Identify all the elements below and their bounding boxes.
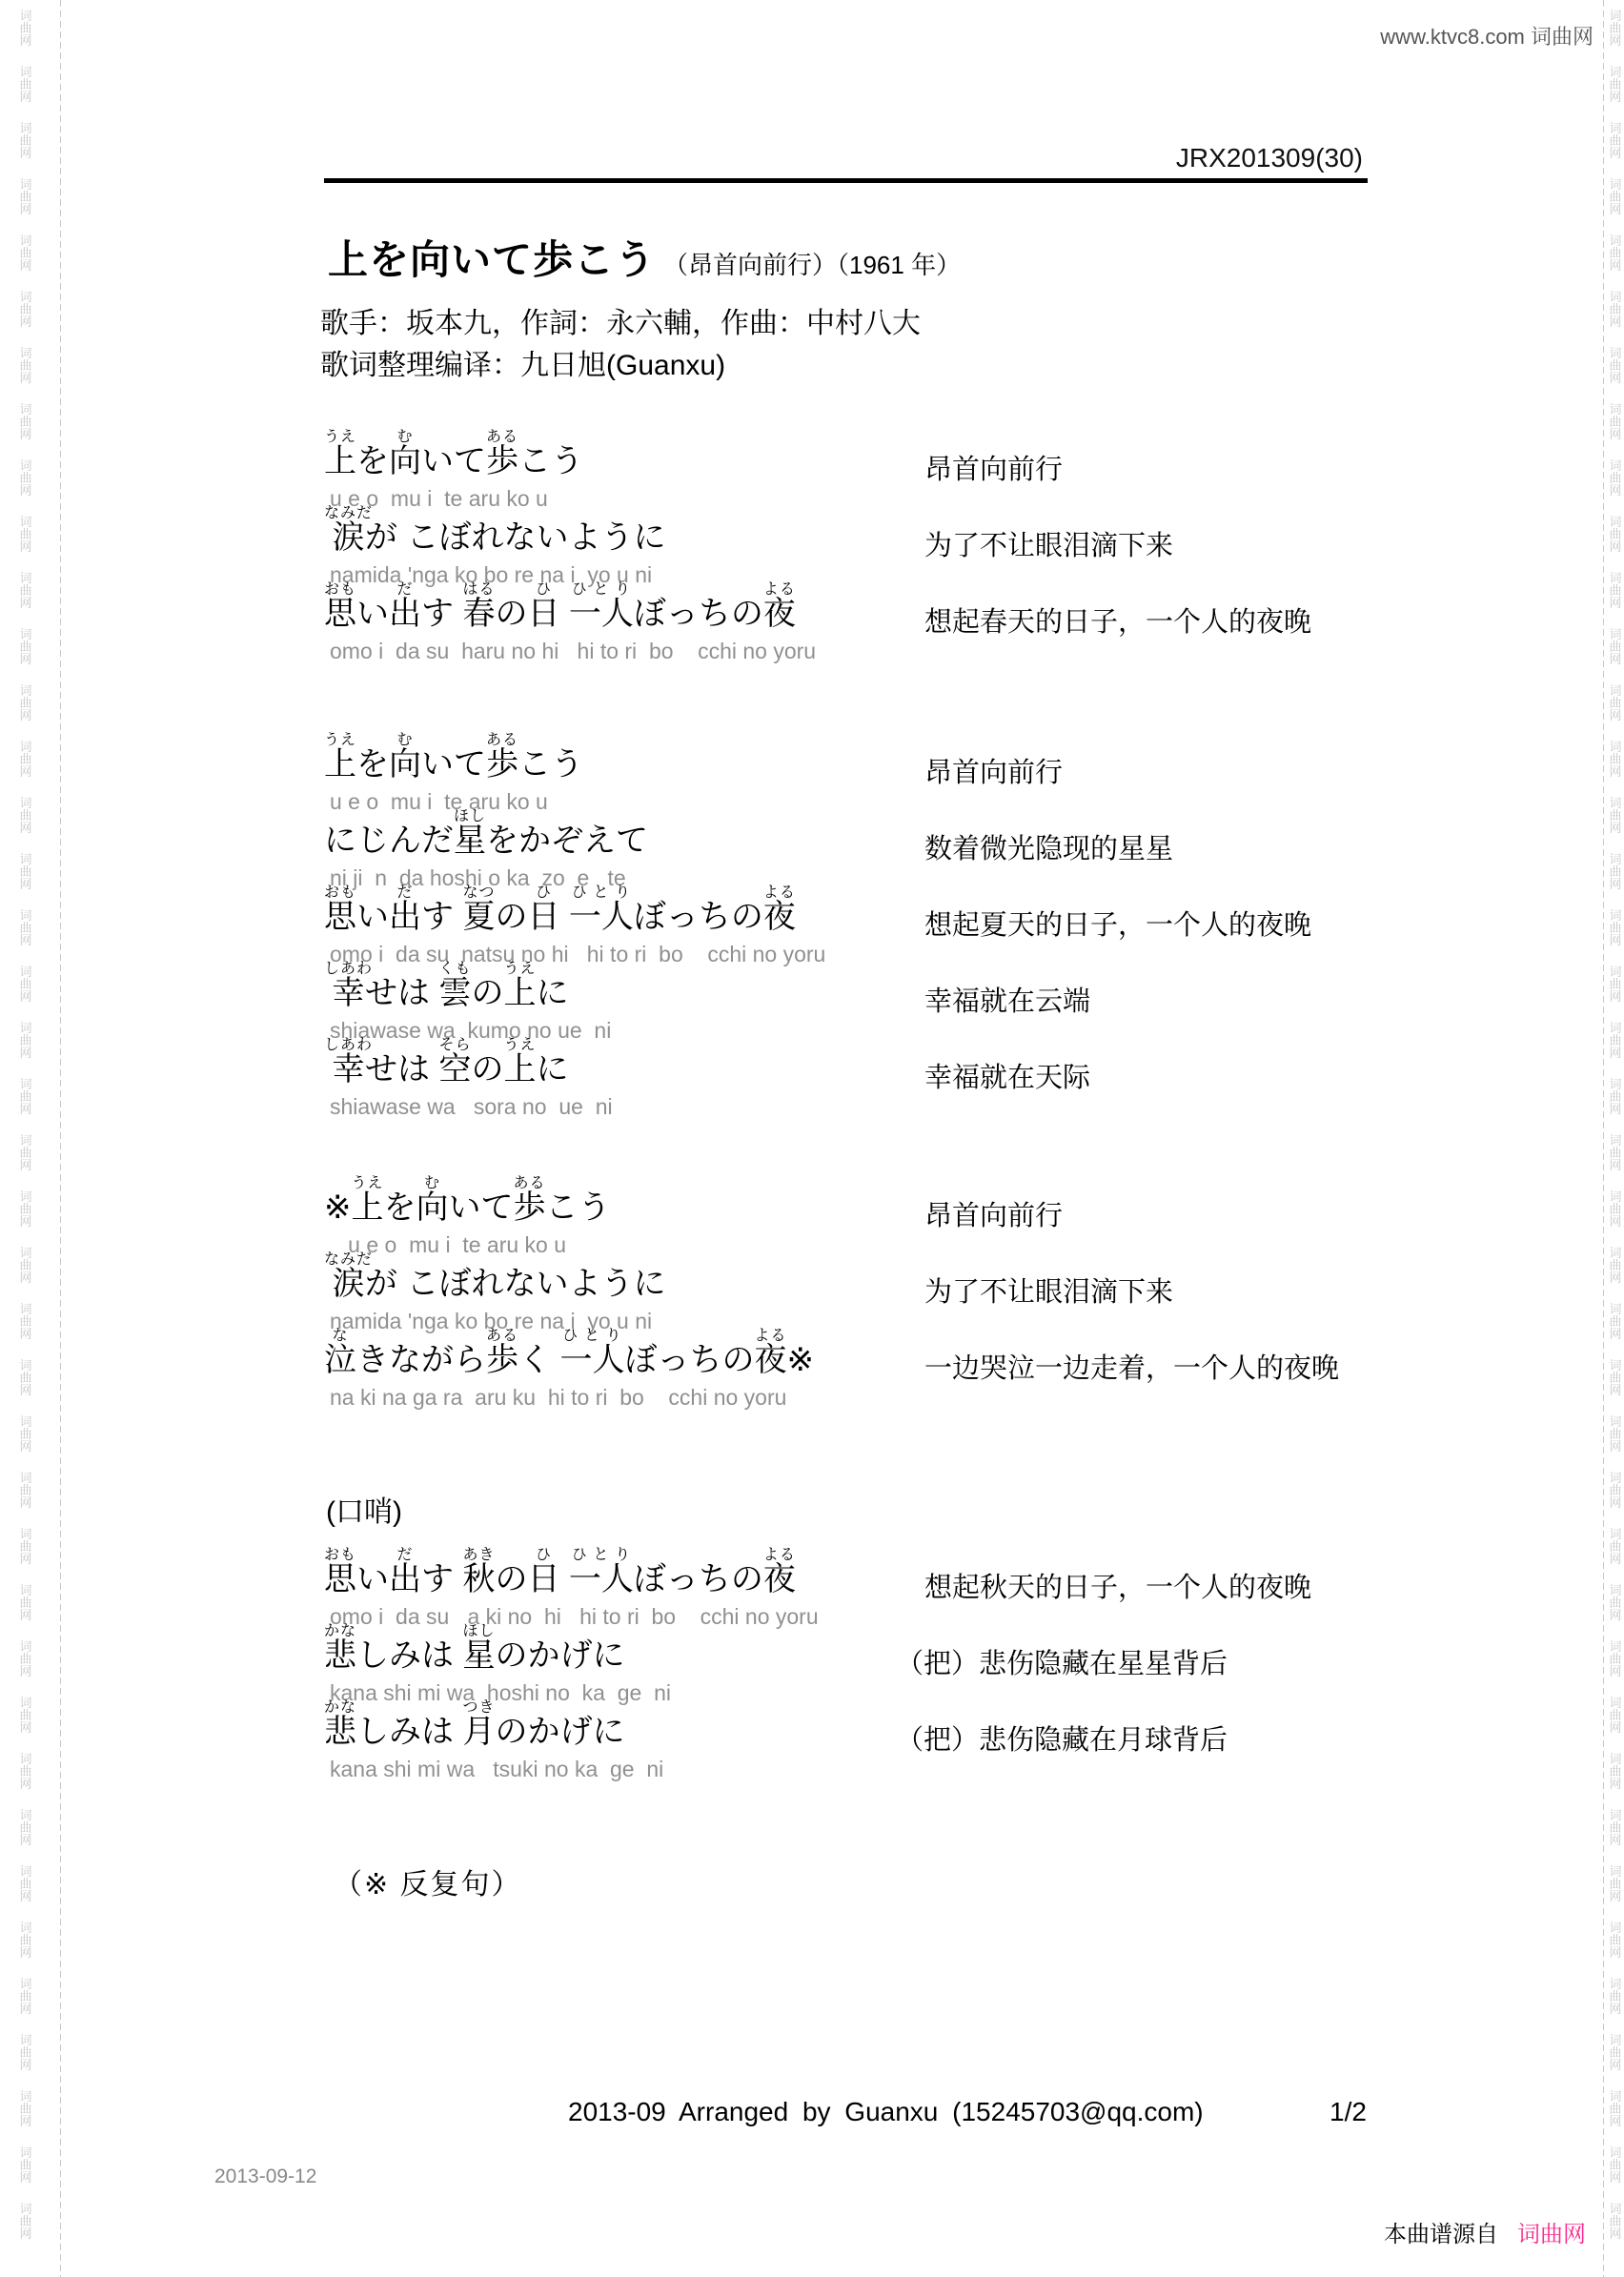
lyric-line: 上うえを向むいて歩あるこうu e o mu i te aru ko u昂首向前行 [324, 429, 1506, 505]
japanese-lyric: 思おもい出だす 秋あきの日ひ 一人ひとりぼっちの夜よる [324, 1547, 1506, 1604]
vertical-watermark-text: 词曲网 [1608, 572, 1623, 609]
refrain-note: （※ 反复句） [334, 1860, 521, 1902]
japanese-lyric: 上うえを向むいて歩あるこう [324, 429, 1506, 486]
vertical-watermark-text: 词曲网 [18, 459, 33, 497]
lyric-line: 思おもい出だす 春はるの日ひ 一人ひとりぼっちの夜よるomo i da su h… [324, 581, 1506, 658]
vertical-watermark-text: 词曲网 [18, 1978, 33, 2015]
lyric-line: 思おもい出だす 秋あきの日ひ 一人ひとりぼっちの夜よるomo i da su a… [324, 1547, 1506, 1623]
vertical-watermark-text: 词曲网 [1608, 1978, 1623, 2015]
vertical-watermark-text: 词曲网 [18, 2034, 33, 2071]
lyric-line: ※上うえを向むいて歩あるこう u e o mu i te aru ko u昂首向… [324, 1175, 1506, 1251]
vertical-watermark-text: 词曲网 [1608, 291, 1623, 328]
source-prefix: 本曲谱源自 [1384, 2222, 1498, 2247]
vertical-watermark-text: 词曲网 [1608, 516, 1623, 553]
vertical-watermark-text: 词曲网 [1608, 122, 1623, 159]
page-number: 1/2 [1330, 2097, 1367, 2127]
vertical-watermark-text: 词曲网 [18, 122, 33, 159]
vertical-watermark-text: 词曲网 [1608, 1134, 1623, 1171]
vertical-watermark-text: 词曲网 [1608, 66, 1623, 103]
vertical-watermark-text: 词曲网 [18, 1190, 33, 1228]
lyric-line: 悲かなしみは 星ほしのかげにkana shi mi wa hoshi no ka… [324, 1623, 1506, 1699]
vertical-watermark-text: 词曲网 [18, 2090, 33, 2127]
vertical-watermark-text: 词曲网 [18, 1303, 33, 1340]
lyric-line: 幸しあわせは 雲くもの上うえにshiawase wa kumo no ue ni… [324, 961, 1506, 1037]
whistle-label: (口哨) [326, 1488, 402, 1530]
japanese-lyric: 上うえを向むいて歩あるこう [324, 732, 1506, 789]
vertical-watermark-text: 词曲网 [1608, 1415, 1623, 1453]
romaji-line: kana shi mi wa tsuki no ka ge ni [324, 1758, 1506, 1780]
right-watermark-column: 词曲网词曲网词曲网词曲网词曲网词曲网词曲网词曲网词曲网词曲网词曲网词曲网词曲网词… [1608, 10, 1623, 2259]
vertical-watermark-text: 词曲网 [18, 853, 33, 890]
chinese-translation: 昂首向前行 [924, 448, 1063, 487]
japanese-lyric: 思おもい出だす 春はるの日ひ 一人ひとりぼっちの夜よる [324, 581, 1506, 639]
vertical-watermark-text: 词曲网 [18, 741, 33, 778]
vertical-watermark-text: 词曲网 [18, 66, 33, 103]
vertical-watermark-text: 词曲网 [1608, 1697, 1623, 1734]
vertical-watermark-text: 词曲网 [1608, 234, 1623, 272]
vertical-watermark-text: 词曲网 [1608, 684, 1623, 722]
lyric-line: 涙なみだが こぼれないようにnamida 'nga ko bo re na i … [324, 505, 1506, 581]
vertical-watermark-text: 词曲网 [1608, 1809, 1623, 1846]
vertical-watermark-text: 词曲网 [18, 234, 33, 272]
lyric-line: 泣なきながら歩あるく 一人ひとりぼっちの夜よる※na ki na ga ra a… [324, 1328, 1506, 1404]
source-attribution: 本曲谱源自词曲网 [1384, 2215, 1586, 2248]
vertical-watermark-text: 词曲网 [1608, 1022, 1623, 1059]
vertical-watermark-text: 词曲网 [1608, 1753, 1623, 1790]
vertical-watermark-text: 词曲网 [1608, 1921, 1623, 1959]
left-watermark-column: 词曲网词曲网词曲网词曲网词曲网词曲网词曲网词曲网词曲网词曲网词曲网词曲网词曲网词… [18, 10, 33, 2259]
verses-container: 上うえを向むいて歩あるこうu e o mu i te aru ko u昂首向前行… [324, 0, 1506, 2277]
vertical-watermark-text: 词曲网 [1608, 1472, 1623, 1509]
vertical-watermark-text: 词曲网 [18, 1247, 33, 1284]
vertical-watermark-text: 词曲网 [18, 1078, 33, 1115]
japanese-lyric: 思おもい出だす 夏なつの日ひ 一人ひとりぼっちの夜よる [324, 884, 1506, 942]
japanese-lyric: ※上うえを向むいて歩あるこう [324, 1175, 1506, 1232]
vertical-watermark-text: 词曲网 [1608, 741, 1623, 778]
japanese-lyric: にじんだ星ほしをかぞえて [324, 808, 1506, 865]
vertical-watermark-text: 词曲网 [1608, 2090, 1623, 2127]
footer-date: 2013-09-12 [214, 2165, 316, 2188]
vertical-watermark-text: 词曲网 [18, 1584, 33, 1621]
vertical-watermark-text: 词曲网 [1608, 459, 1623, 497]
vertical-watermark-text: 词曲网 [1608, 1865, 1623, 1902]
chinese-translation: （把）悲伤隐藏在月球背后 [896, 1718, 1228, 1758]
vertical-watermark-text: 词曲网 [1608, 1584, 1623, 1621]
vertical-watermark-text: 词曲网 [1608, 2146, 1623, 2184]
vertical-watermark-text: 词曲网 [1608, 2034, 1623, 2071]
vertical-watermark-text: 词曲网 [1608, 1190, 1623, 1228]
vertical-watermark-text: 词曲网 [1608, 178, 1623, 215]
right-dashed-border [1603, 0, 1604, 2277]
vertical-watermark-text: 词曲网 [1608, 347, 1623, 384]
vertical-watermark-text: 词曲网 [1608, 1528, 1623, 1565]
vertical-watermark-text: 词曲网 [18, 1528, 33, 1565]
footer-arranger: 2013-09 Arranged by Guanxu (15245703@qq.… [568, 2097, 1204, 2127]
vertical-watermark-text: 词曲网 [18, 1415, 33, 1453]
vertical-watermark-text: 词曲网 [18, 797, 33, 834]
vertical-watermark-text: 词曲网 [18, 572, 33, 609]
vertical-watermark-text: 词曲网 [18, 10, 33, 47]
vertical-watermark-text: 词曲网 [1608, 1640, 1623, 1677]
vertical-watermark-text: 词曲网 [18, 1359, 33, 1396]
romaji-line: shiawase wa sora no ue ni [324, 1095, 1506, 1118]
vertical-watermark-text: 词曲网 [1608, 628, 1623, 665]
chinese-translation: 为了不让眼泪滴下来 [924, 1271, 1173, 1310]
lyric-line: にじんだ星ほしをかぞえてni ji n da hoshi o ka zo e t… [324, 808, 1506, 884]
vertical-watermark-text: 词曲网 [1608, 797, 1623, 834]
lyric-sheet-page: 词曲网词曲网词曲网词曲网词曲网词曲网词曲网词曲网词曲网词曲网词曲网词曲网词曲网词… [0, 0, 1624, 2277]
chinese-translation: 为了不让眼泪滴下来 [924, 524, 1173, 563]
vertical-watermark-text: 词曲网 [18, 2203, 33, 2240]
vertical-watermark-text: 词曲网 [18, 2146, 33, 2184]
japanese-lyric: 涙なみだが こぼれないように [324, 1251, 1506, 1309]
vertical-watermark-text: 词曲网 [1608, 403, 1623, 440]
chinese-translation: 昂首向前行 [924, 751, 1063, 790]
japanese-lyric: 涙なみだが こぼれないように [324, 505, 1506, 562]
lyric-line: 上うえを向むいて歩あるこうu e o mu i te aru ko u昂首向前行 [324, 732, 1506, 808]
japanese-lyric: 幸しあわせは 空そらの上うえに [324, 1037, 1506, 1094]
lyric-line: 思おもい出だす 夏なつの日ひ 一人ひとりぼっちの夜よるomo i da su n… [324, 884, 1506, 961]
vertical-watermark-text: 词曲网 [18, 1809, 33, 1846]
vertical-watermark-text: 词曲网 [18, 347, 33, 384]
chinese-translation: 想起秋天的日子，一个人的夜晚 [924, 1566, 1311, 1605]
chinese-translation: 幸福就在天际 [924, 1056, 1090, 1095]
vertical-watermark-text: 词曲网 [1608, 909, 1623, 946]
vertical-watermark-text: 词曲网 [18, 628, 33, 665]
romaji-line: na ki na ga ra aru ku hi to ri bo cchi n… [324, 1386, 1506, 1409]
vertical-watermark-text: 词曲网 [18, 291, 33, 328]
vertical-watermark-text: 词曲网 [1608, 1303, 1623, 1340]
vertical-watermark-text: 词曲网 [18, 1472, 33, 1509]
romaji-line: omo i da su haru no hi hi to ri bo cchi … [324, 640, 1506, 662]
vertical-watermark-text: 词曲网 [1608, 966, 1623, 1003]
chinese-translation: 想起春天的日子，一个人的夜晚 [924, 600, 1311, 640]
chinese-translation: （把）悲伤隐藏在星星背后 [896, 1642, 1228, 1681]
left-dashed-border [60, 0, 61, 2277]
vertical-watermark-text: 词曲网 [18, 516, 33, 553]
lyric-line: 悲かなしみは 月つきのかげにkana shi mi wa tsuki no ka… [324, 1699, 1506, 1776]
vertical-watermark-text: 词曲网 [18, 178, 33, 215]
vertical-watermark-text: 词曲网 [18, 684, 33, 722]
vertical-watermark-text: 词曲网 [18, 1921, 33, 1959]
chinese-translation: 昂首向前行 [924, 1194, 1063, 1233]
vertical-watermark-text: 词曲网 [18, 1753, 33, 1790]
japanese-lyric: 幸しあわせは 雲くもの上うえに [324, 961, 1506, 1018]
chinese-translation: 想起夏天的日子，一个人的夜晚 [924, 904, 1311, 943]
vertical-watermark-text: 词曲网 [18, 909, 33, 946]
vertical-watermark-text: 词曲网 [18, 1134, 33, 1171]
chinese-translation: 幸福就在云端 [924, 980, 1090, 1019]
vertical-watermark-text: 词曲网 [1608, 10, 1623, 47]
vertical-watermark-text: 词曲网 [18, 1697, 33, 1734]
vertical-watermark-text: 词曲网 [18, 966, 33, 1003]
vertical-watermark-text: 词曲网 [18, 1640, 33, 1677]
vertical-watermark-text: 词曲网 [1608, 1247, 1623, 1284]
lyric-line: 幸しあわせは 空そらの上うえにshiawase wa sora no ue ni… [324, 1037, 1506, 1113]
vertical-watermark-text: 词曲网 [18, 1022, 33, 1059]
vertical-watermark-text: 词曲网 [1608, 1359, 1623, 1396]
chinese-translation: 一边哭泣一边走着，一个人的夜晚 [924, 1347, 1339, 1386]
source-site-name: 词曲网 [1517, 2222, 1586, 2247]
vertical-watermark-text: 词曲网 [1608, 1078, 1623, 1115]
vertical-watermark-text: 词曲网 [18, 1865, 33, 1902]
vertical-watermark-text: 词曲网 [1608, 2203, 1623, 2240]
vertical-watermark-text: 词曲网 [18, 403, 33, 440]
chinese-translation: 数着微光隐现的星星 [924, 827, 1173, 866]
lyric-line: 涙なみだが こぼれないようにnamida 'nga ko bo re na i … [324, 1251, 1506, 1328]
vertical-watermark-text: 词曲网 [1608, 853, 1623, 890]
